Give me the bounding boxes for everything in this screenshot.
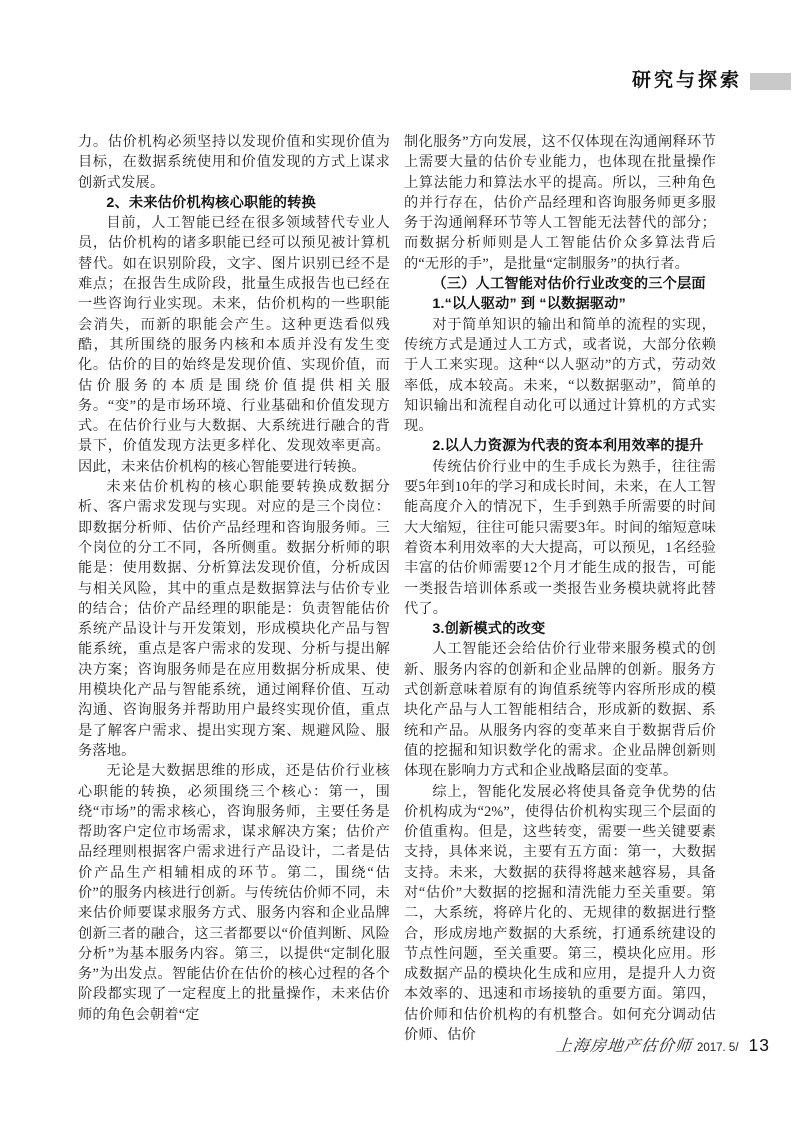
paragraph: 综上，智能化发展必将使具备竞争优势的估价机构成为“2%”，使得估价机构实现三个层… <box>404 782 716 1046</box>
paragraph: 对于简单知识的输出和简单的流程的实现，传统方式是通过人工方式，或者说，大部分依赖… <box>404 315 716 437</box>
page-footer: 上海房地产估价师 2017. 5/ 13 <box>556 1033 770 1056</box>
header-tab-marker <box>750 73 791 90</box>
subsection-heading: （三）人工智能对估价行业改变的三个层面 <box>404 274 716 294</box>
left-column: 力。估价机构必须坚持以发现价值和实现价值为目标，在数据系统使用和价值发现的方式上… <box>78 132 390 1045</box>
subsection-heading: 3.创新模式的改变 <box>404 619 716 639</box>
issue-label: 2017. 5/ <box>697 1042 739 1054</box>
page-header: 研究与探索 <box>632 70 794 92</box>
paragraph: 人工智能还会给估价行业带来服务模式的创新、服务内容的创新和企业品牌的创新。服务方… <box>404 639 716 781</box>
subsection-heading: 2、未来估价机构核心职能的转换 <box>78 193 390 213</box>
paragraph: 无论是大数据思维的形成，还是估价行业核心职能的转换，必须围绕三个核心：第一，围绕… <box>78 761 390 1025</box>
paragraph: 目前，人工智能已经在很多领域替代专业人员，估价机构的诸多职能已经可以预见被计算机… <box>78 213 390 477</box>
subsection-heading: 2.以人力资源为代表的资本利用效率的提升 <box>404 436 716 456</box>
page-number: 13 <box>749 1035 770 1056</box>
paragraph: 未来估价机构的核心职能要转换成数据分析、客户需求发现与实现。对应的是三个岗位：即… <box>78 477 390 761</box>
journal-logo-script: 上海房地产估价师 <box>555 1033 693 1056</box>
article-body: 力。估价机构必须坚持以发现价值和实现价值为目标，在数据系统使用和价值发现的方式上… <box>78 132 716 1045</box>
right-column: 制化服务”方向发展，这不仅体现在沟通阐释环节上需要大量的估价专业能力，也体现在批… <box>404 132 716 1045</box>
paragraph: 力。估价机构必须坚持以发现价值和实现价值为目标，在数据系统使用和价值发现的方式上… <box>78 132 390 193</box>
subsection-heading: 1.“以人驱动” 到 “以数据驱动” <box>404 294 716 314</box>
paragraph: 传统估价行业中的生手成长为熟手，往往需要5年到10年的学习和成长时间，未来，在人… <box>404 457 716 619</box>
section-header-label: 研究与探索 <box>632 70 742 92</box>
document-page: 研究与探索 力。估价机构必须坚持以发现价值和实现价值为目标，在数据系统使用和价值… <box>0 0 794 1123</box>
paragraph: 制化服务”方向发展，这不仅体现在沟通阐释环节上需要大量的估价专业能力，也体现在批… <box>404 132 716 274</box>
